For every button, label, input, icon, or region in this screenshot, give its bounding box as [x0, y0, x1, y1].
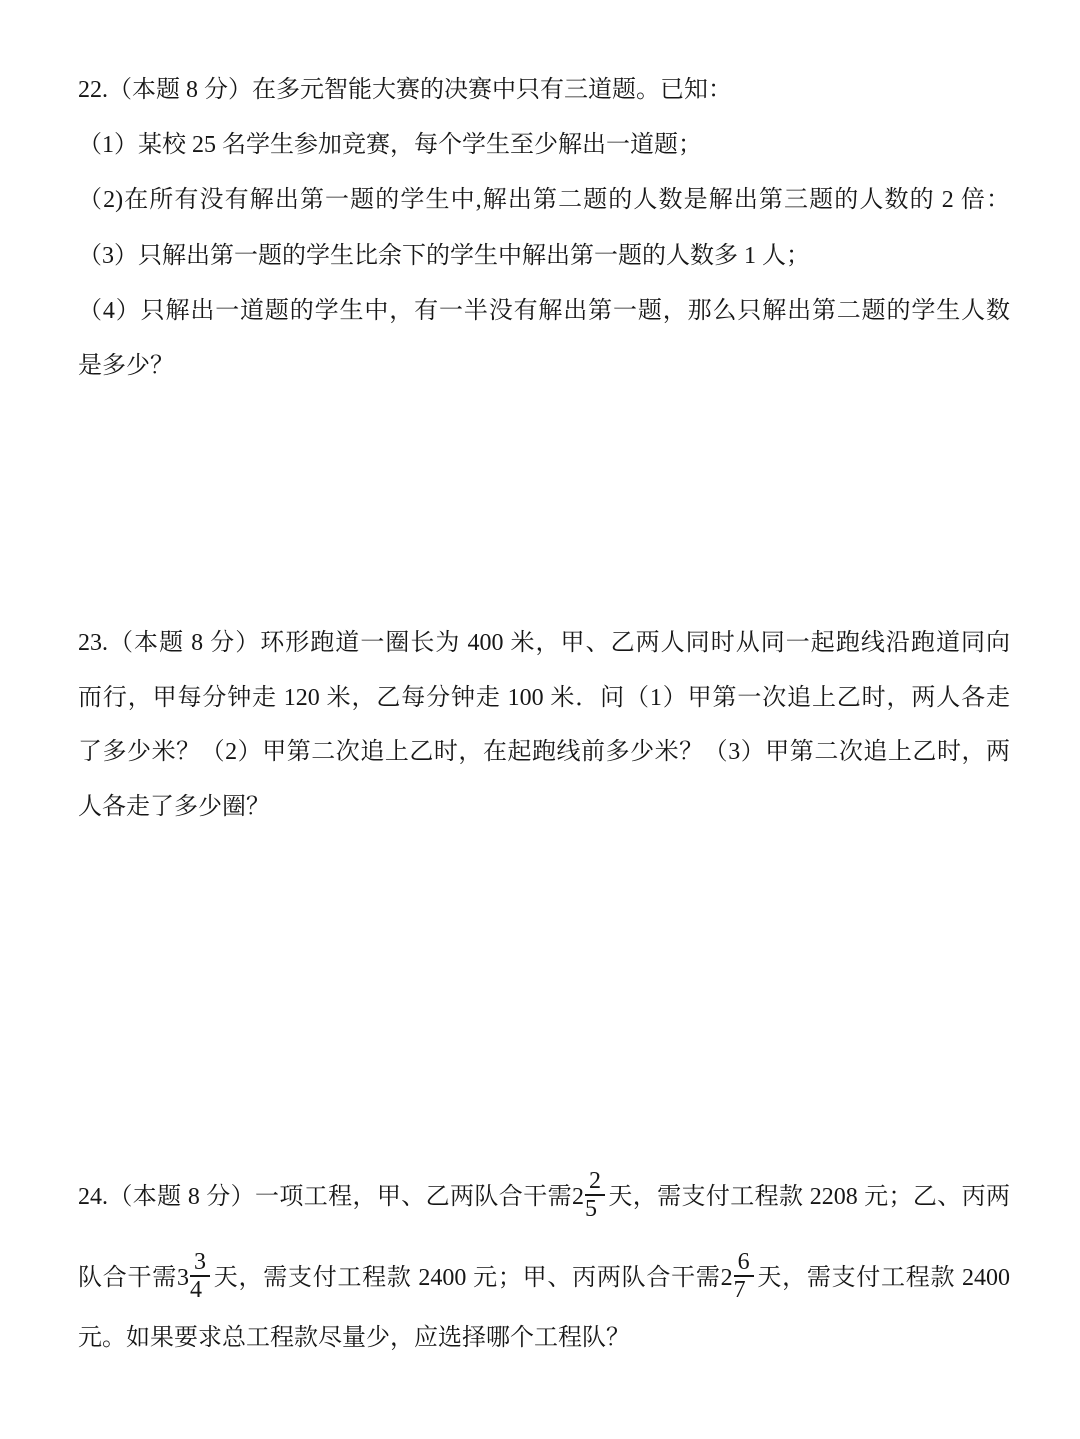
- mixed-number-whole: 2: [721, 1251, 733, 1306]
- fraction-denominator: 4: [190, 1277, 210, 1302]
- problem-24-line-3: 元。如果要求总工程款尽量少，应选择哪个工程队？: [78, 1311, 1010, 1366]
- problem-22: 22.（本题 8 分）在多元智能大赛的决赛中只有三道题。已知： （1）某校 25…: [78, 63, 1010, 394]
- fraction-numerator: 2: [585, 1169, 605, 1196]
- problem-23: 23.（本题 8 分）环形跑道一圈长为 400 米，甲、乙两人同时从同一起跑线沿…: [78, 616, 1010, 834]
- fraction-denominator: 7: [734, 1277, 754, 1302]
- problem-22-item-4-cont: 是多少？: [78, 339, 1010, 394]
- fraction-six-sevenths: 67: [734, 1250, 754, 1303]
- fraction-two-fifths: 25: [585, 1169, 605, 1222]
- problem-22-item-4: （4）只解出一道题的学生中，有一半没有解出第一题，那么只解出第二题的学生人数: [78, 284, 1010, 339]
- problem-24-line-1: 24.（本题 8 分）一项工程，甲、乙两队合干需225天，需支付工程款 2208…: [78, 1170, 1010, 1225]
- fraction-denominator: 5: [585, 1196, 605, 1221]
- problem-23-line-2: 而行，甲每分钟走 120 米，乙每分钟走 100 米．问（1）甲第一次追上乙时，…: [78, 671, 1010, 726]
- fraction-numerator: 3: [190, 1250, 210, 1277]
- problem-23-line-1: 23.（本题 8 分）环形跑道一圈长为 400 米，甲、乙两人同时从同一起跑线沿…: [78, 616, 1010, 671]
- problem-23-line-4: 人各走了多少圈？: [78, 780, 1010, 835]
- problem-22-item-3: （3）只解出第一题的学生比余下的学生中解出第一题的人数多 1 人；: [78, 229, 1010, 284]
- worksheet-page: 22.（本题 8 分）在多元智能大赛的决赛中只有三道题。已知： （1）某校 25…: [0, 0, 1080, 1439]
- problem-24-line-2-text-mid: 天，需支付工程款 2400 元；甲、丙两队合干需: [213, 1265, 721, 1291]
- mixed-number-whole: 3: [177, 1251, 189, 1306]
- problem-24-line-2-text-before: 队合干需: [78, 1265, 177, 1291]
- problem-24-line-2-text-after: 天，需支付工程款 2400: [757, 1265, 1010, 1291]
- problem-24-line-2: 队合干需334天，需支付工程款 2400 元；甲、丙两队合干需267天，需支付工…: [78, 1251, 1010, 1306]
- problem-23-line-3: 了多少米？（2）甲第二次追上乙时，在起跑线前多少米？（3）甲第二次追上乙时，两: [78, 725, 1010, 780]
- problem-24-line-1-text-after: 天，需支付工程款 2208 元；乙、丙两: [608, 1184, 1010, 1210]
- problem-22-item-1: （1）某校 25 名学生参加竞赛，每个学生至少解出一道题；: [78, 118, 1010, 173]
- fraction-three-quarters: 34: [190, 1250, 210, 1303]
- fraction-numerator: 6: [734, 1250, 754, 1277]
- problem-24-line-1-text-before: 24.（本题 8 分）一项工程，甲、乙两队合干需: [78, 1184, 572, 1210]
- problem-22-title-line: 22.（本题 8 分）在多元智能大赛的决赛中只有三道题。已知：: [78, 63, 1010, 118]
- mixed-number-whole: 2: [572, 1170, 584, 1225]
- problem-22-item-2: （2)在所有没有解出第一题的学生中,解出第二题的人数是解出第三题的人数的 2 倍…: [78, 173, 1010, 228]
